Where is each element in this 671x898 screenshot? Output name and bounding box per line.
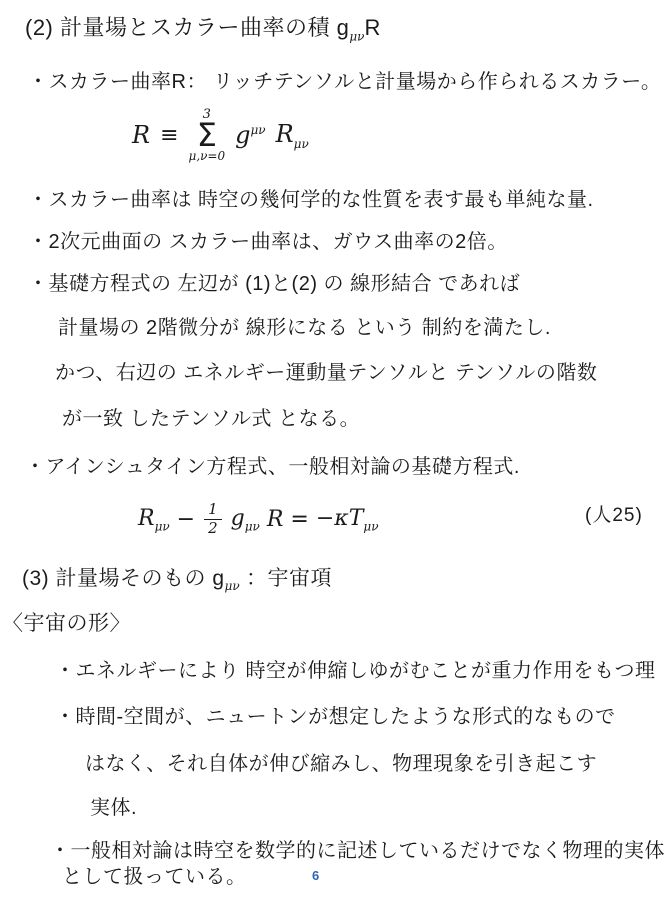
sum-lower-limit: μ,ν=0 xyxy=(189,150,226,162)
section-3-heading-suffix: ：宇宙項 xyxy=(240,567,332,590)
fraction-denominator: 2 xyxy=(208,520,218,537)
einstein-rhs-sub: μν xyxy=(363,519,378,533)
metric-tensor-term: gμν xyxy=(235,121,265,149)
equation-number-label: (人25) xyxy=(585,500,643,527)
formula-lhs-R: R xyxy=(132,121,150,149)
minus-sign: − xyxy=(177,507,195,532)
page-number: 6 xyxy=(312,868,319,883)
metric-superscript: μν xyxy=(251,123,266,137)
bullet-linear-combination-2: 計量場の 2階微分が 線形になる という 制約を満たし. xyxy=(58,316,551,341)
einstein-R2: R xyxy=(267,507,284,532)
bullet-newton-1: ・時間-空間が、ニュートンが想定したような形式的なもので xyxy=(55,705,616,730)
einstein-g-var: g xyxy=(231,506,245,531)
bullet-linear-combination-4: が一致 したテンソル式 となる。 xyxy=(62,407,360,432)
einstein-R1-sub: μν xyxy=(155,519,170,533)
bullet-einstein-equation: ・アインシュタイン方程式、一般相対論の基礎方程式. xyxy=(25,455,520,480)
notebook-page: (2) 計量場とスカラー曲率の積 gμνR ・スカラー曲率R： リッチテンソルと… xyxy=(0,0,671,898)
einstein-R1: Rμν xyxy=(138,506,170,533)
bullet-gauss-curvature: ・2次元曲面の スカラー曲率は、ガウス曲率の2倍。 xyxy=(28,230,508,255)
section-2-heading-text: (2) 計量場とスカラー曲率の積 g xyxy=(25,15,349,40)
einstein-rhs: −κTμν xyxy=(316,506,379,533)
formula-einstein-equation: Rμν − 1 2 gμν R = −κTμν xyxy=(138,502,379,537)
bullet-general-relativity-1: ・一般相対論は時空を数学的に記述しているだけでなく物理的実体 xyxy=(50,839,665,864)
ricci-subscript: μν xyxy=(294,136,309,150)
section-3-heading: (3) 計量場そのもの gμν ：宇宙項 xyxy=(22,566,332,594)
summation-block: 3 Σ μ,ν=0 xyxy=(189,108,226,162)
einstein-rhs-var: −κT xyxy=(316,506,364,531)
einstein-g-term: gμν xyxy=(231,506,260,533)
equals-sign: = xyxy=(290,507,308,532)
einstein-g-sub: μν xyxy=(245,519,260,533)
equiv-sign: ≡ xyxy=(160,123,178,148)
ricci-R: R xyxy=(276,120,294,148)
universe-shape-heading: 〈宇宙の形〉 xyxy=(2,611,131,637)
section-2-heading: (2) 計量場とスカラー曲率の積 gμνR xyxy=(25,14,381,44)
section-3-heading-text: (3) 計量場そのもの g xyxy=(22,567,225,590)
bullet-general-relativity-2: として扱っている。 xyxy=(62,865,247,890)
section-2-heading-suffix: R xyxy=(364,15,380,40)
bullet-simplest-quantity: ・スカラー曲率は 時空の幾何学的な性質を表す最も単純な量. xyxy=(28,188,594,213)
metric-g: g xyxy=(235,121,250,149)
ricci-tensor-term: Rμν xyxy=(276,120,309,151)
bullet-newton-2: はなく、それ自体が伸び縮みし、物理現象を引き起こす xyxy=(85,752,597,777)
bullet-newton-3: 実体. xyxy=(90,796,137,821)
one-half-fraction: 1 2 xyxy=(204,502,222,537)
bullet-scalar-definition: ・スカラー曲率R： リッチテンソルと計量場から作られるスカラー。 xyxy=(28,70,661,95)
metric-subscript: μν xyxy=(349,29,364,43)
bullet-linear-combination-3: かつ、右辺の エネルギー運動量テンソルと テンソルの階数 xyxy=(55,361,597,386)
formula-scalar-curvature: R ≡ 3 Σ μ,ν=0 gμν Rμν xyxy=(132,108,309,162)
sigma-symbol: Σ xyxy=(197,119,217,151)
einstein-R1-var: R xyxy=(138,506,155,531)
bullet-energy-spacetime: ・エネルギーにより 時空が伸縮しゆがむことが重力作用をもつ理 xyxy=(55,659,656,684)
metric-subscript-3: μν xyxy=(225,579,240,593)
fraction-numerator: 1 xyxy=(204,502,222,520)
bullet-linear-combination-1: ・基礎方程式の 左辺が (1)と(2) の 線形結合 であれば xyxy=(28,272,520,297)
